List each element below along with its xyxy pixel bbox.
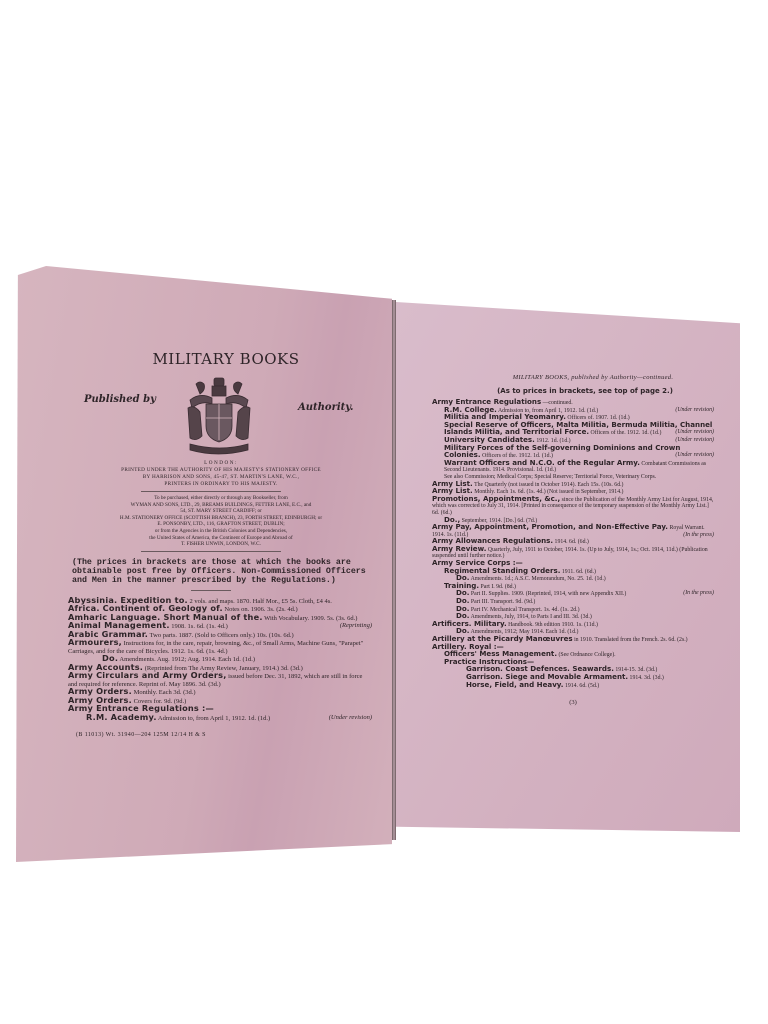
status-note: (Under revision) [329,714,372,722]
status-note: (Under revision) [675,407,714,414]
status-note: (In the press) [683,532,714,539]
divider [191,590,231,591]
royal-coat-of-arms-icon [182,374,256,456]
seller-line: WYMAN AND SONS, LTD., 29, BREAMS BUILDIN… [66,502,376,509]
book-title: Promotions, Appointments, &c., [432,494,560,503]
book-entry: Training. Part I. 9d. (8d.) [432,583,714,591]
divider [141,551,281,552]
book-entry: See also Commission; Medical Corps; Spec… [432,474,714,481]
book-details: Part II. Supplies. 1909. (Reprinted, 191… [471,591,626,597]
book-entry: Do. Part II. Supplies. 1909. (Reprinted,… [432,590,714,598]
imprint-london: LONDON: [66,460,376,467]
seller-line: E. PONSONBY, LTD., 116, GRAFTON STREET, … [66,521,376,528]
published-by-label: Published by [84,394,156,405]
book-details: (See Ordnance College). [558,652,615,658]
book-entry: Regimental Standing Orders. 1911. 6d. (6… [432,568,714,576]
book-details: See also Commission; Medical Corps; Spec… [444,474,656,480]
right-page-content: MILITARY BOOKS, published by Authority—c… [432,374,714,706]
book-entry: Do. Part III. Transport. 9d. (9d.) [432,598,714,606]
price-note: (The prices in brackets are those at whi… [72,558,372,585]
book-title: R.M. Academy. [86,712,157,722]
status-note: (Under revision) [675,429,714,436]
page-number: (3) [432,699,714,706]
book-details: 1914. 6d. (6d.) [555,539,589,545]
book-details: Part I. 9d. (8d.) [481,584,516,590]
seller-info: To be purchased, either directly or thro… [66,495,376,548]
book-details: Handbook. 9th edition 1910. 1s. (11d.) [508,622,598,628]
book-entry: Warrant Officers and N.C.O. of the Regul… [432,460,714,474]
book-details: Part III. Transport. 9d. (9d.) [471,599,535,605]
book-title: Warrant Officers and N.C.O. of the Regul… [444,458,640,467]
book-entry: Promotions, Appointments, &c., since the… [432,496,714,517]
book-details: Two parts. 1887. (Sold to Officers only.… [150,632,294,639]
book-title: Horse, Field, and Heavy. [466,680,563,689]
seller-line: 54, ST. MARY STREET CARDIFF; or [66,508,376,515]
book-details: Amendments. 1d.; A.S.C. Memorandum, No. … [471,576,606,582]
book-details: —continued. [543,400,573,406]
status-note: (Under revision) [675,452,714,459]
divider [141,491,281,492]
publisher-row: Published by Authority. [46,374,376,456]
book-list: Army Entrance Regulations —continued.R.M… [432,399,714,689]
book-entry: Artificers. Military. Handbook. 9th edit… [432,621,714,629]
book-entry: R.M. Academy. Admission to, from April 1… [68,714,372,723]
book-list: Abyssinia. Expedition to. 2 vols. and ma… [68,597,372,723]
book-title: Army Pay, Appointment, Promotion, and No… [432,522,668,531]
book-entry: Horse, Field, and Heavy. 1914. 6d. (5d.) [432,682,714,690]
print-code: (B 11013) Wt. 31940—204 125M 12/14 H & S [76,732,376,738]
seller-line: T. FISHER UNWIN, LONDON, W.C. [66,541,376,548]
book-title: Military Forces of the Self-governing Do… [444,443,680,460]
imprint-line: By Harrison and Sons, 45-47, St. Martin'… [66,474,376,481]
book-spine [392,300,396,840]
book-title: Armourers, [68,637,122,647]
seller-line: or from the Agencies in the British Colo… [66,528,376,535]
book-details: 1908. 1s. 6d. (1s. 4d.) [171,623,228,630]
book-details: 1914. 3d. (3d.) [630,675,664,681]
status-note: (In the press) [683,590,714,597]
imprint-line: Printed under the Authority of His Majes… [66,467,376,474]
book-entry: Army List. The Quarterly (not issued in … [432,481,714,489]
seller-line: To be purchased, either directly or thro… [66,495,376,502]
book-details: Admission to, from April 1, 1912. 1d. (1… [158,715,270,722]
book-details: in 1910. Translated from the French. 2s.… [574,637,688,643]
book-details: With Vocabulary. 1909. 5s. (3s. 6d.) [264,615,357,622]
book-details: Officers of the. 1912. 1d. (1d.) [591,430,662,436]
book-details: Monthly. Each 3d. (3d.) [134,689,196,696]
book-title: Army Circulars and Army Orders, [68,670,227,680]
price-note: (As to prices in brackets, see top of pa… [456,387,714,395]
left-page-content: MILITARY BOOKS Published by Authority. L… [46,350,376,738]
seller-line: H.M. STATIONERY OFFICE (SCOTTISH BRANCH)… [66,515,376,522]
book-entry: Do. Part IV. Mechanical Transport. 1s. 4… [432,606,714,614]
book-title: Army Review. [432,544,486,553]
book-details: 1914. 6d. (5d.) [565,683,599,689]
imprint: LONDON: Printed under the Authority of H… [66,460,376,488]
imprint-line: Printers in Ordinary to His Majesty. [66,481,376,488]
book-details: The Quarterly (not issued in October 191… [474,482,623,488]
status-note: (Reprinting) [340,622,372,630]
book-title: Special Reserve of Officers, Malta Milit… [444,420,712,437]
page-title: MILITARY BOOKS [76,350,376,368]
seller-line: the United States of America, the Contin… [66,535,376,542]
running-header: MILITARY BOOKS, published by Authority—c… [472,374,714,381]
book-details: 1911. 6d. (6d.) [562,569,596,575]
book-details: Part IV. Mechanical Transport. 1s. 4d. (… [471,607,580,613]
status-note: (Under revision) [675,437,714,444]
authority-label: Authority. [298,402,353,413]
